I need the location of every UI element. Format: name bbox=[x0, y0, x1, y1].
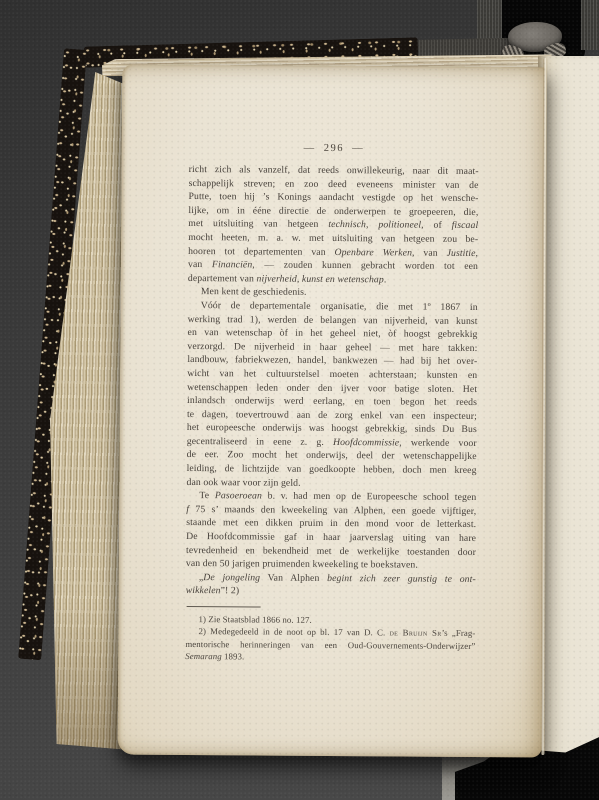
paragraph: Vóór de departementale organisatie, die … bbox=[186, 299, 477, 491]
text-run: , werkende voor bbox=[399, 437, 477, 449]
body-text: richt zich als vanzelf, dat reeds onwill… bbox=[186, 163, 479, 600]
text-run: lijke, om in ééne directie de onderwerpe… bbox=[188, 205, 478, 218]
text-run: wikkelen bbox=[186, 585, 221, 596]
text-run: fiscaal bbox=[452, 220, 479, 231]
text-run: wicht van het cultuurstelsel moeten acht… bbox=[187, 368, 477, 381]
text-run: te dagen, toevertrouwd aan de zorg enkel… bbox=[187, 409, 477, 422]
text-run: , bbox=[366, 220, 378, 231]
text-run: , van bbox=[412, 247, 447, 258]
text-run: , — zouden kunnen gebracht worden tot ee… bbox=[252, 260, 478, 273]
text-run: met uitsluiting van hetgeen bbox=[188, 218, 328, 230]
spine-cover-edge-right bbox=[581, 0, 599, 50]
text-run: , of bbox=[421, 220, 452, 231]
text-run: 75 s’ maands den kweekeling van Alphen, … bbox=[189, 504, 476, 517]
text-run: 2) Medegedeeld in de noot op bl. 17 van … bbox=[198, 626, 389, 637]
text-run: de eer. Zoo mocht het onderwijs, deel de… bbox=[187, 449, 477, 462]
text-run: mentorische herinneringen van een Oud-Go… bbox=[185, 639, 475, 651]
text-run: De Hoofdcommissie gaf in haar jaarversla… bbox=[186, 531, 476, 544]
text-line: wicht van het cultuurstelsel moeten acht… bbox=[187, 367, 477, 383]
text-run: 1893. bbox=[222, 651, 245, 661]
paragraph: 2) Medegedeeld in de noot op bl. 17 van … bbox=[185, 625, 475, 664]
text-run: Vóór de departementale organisatie, die … bbox=[201, 300, 478, 313]
text-line: wikkelen”! 2) bbox=[186, 584, 476, 600]
text-run: b. v. had men op de Europeesche school t… bbox=[262, 491, 477, 503]
text-run: begint zich zeer gunstig te ont- bbox=[327, 573, 476, 585]
text-line: Semarang 1893. bbox=[185, 650, 475, 664]
text-run: wetenschappen leden onder den ijver voor… bbox=[187, 381, 477, 394]
text-run: ’s „Frag- bbox=[442, 628, 476, 638]
text-run: staande met een dikken pruim in den mond… bbox=[186, 517, 476, 530]
text-run: hooren tot departementen van bbox=[188, 246, 334, 258]
text-run: Justitie bbox=[447, 247, 476, 258]
paragraph: richt zich als vanzelf, dat reeds onwill… bbox=[188, 163, 479, 287]
text-run: van den 50 jarigen pruimenden kweekeling… bbox=[186, 558, 418, 571]
text-run: van bbox=[188, 259, 212, 270]
paragraph: „De jongeling Van Alphen begint zich zee… bbox=[186, 571, 476, 600]
page-number: — 296 — bbox=[189, 141, 479, 156]
book-page: — 296 — richt zich als vanzelf, dat reed… bbox=[118, 65, 547, 758]
text-line: Vóór de departementale organisatie, die … bbox=[188, 299, 478, 315]
text-run: Pasoeroean bbox=[215, 490, 262, 501]
book-photograph-scene: — 296 — richt zich als vanzelf, dat reed… bbox=[0, 0, 599, 800]
text-run: Te bbox=[199, 490, 215, 501]
footnote-rule bbox=[187, 606, 261, 608]
text-run: ”! 2) bbox=[221, 586, 240, 597]
text-run: Van Alphen bbox=[260, 572, 327, 583]
text-run: politioneel bbox=[378, 220, 421, 231]
text-run: mocht heeten, m. a. w. met uitsluiting v… bbox=[188, 232, 478, 245]
page-content: — 296 — richt zich als vanzelf, dat reed… bbox=[118, 65, 546, 665]
text-run: technisch bbox=[328, 219, 366, 230]
text-run: richt zich als vanzelf, dat reeds onwill… bbox=[189, 164, 479, 177]
text-run: schappelijk streven; en zoo deed eveneen… bbox=[189, 178, 479, 191]
text-run: , bbox=[476, 248, 479, 259]
text-run: nijverheid, kunst en wetenschap bbox=[257, 273, 384, 285]
text-line: mocht heeten, m. a. w. met uitsluiting v… bbox=[188, 231, 478, 247]
text-run: De jongeling bbox=[203, 572, 260, 583]
text-run: verzorgd. De nijverheid in haar geheel —… bbox=[187, 341, 477, 354]
text-run: Putte, toen hij ’s Konings aandacht vest… bbox=[188, 191, 478, 204]
text-run: landbouw, fabriekwezen, handel, bankweze… bbox=[187, 354, 477, 367]
text-run: dan ook waar voor zijn geld. bbox=[186, 477, 300, 489]
text-run: Openbare Werken bbox=[334, 247, 412, 259]
text-run: leiding, de lichtzijde van goedkoopte he… bbox=[187, 463, 477, 476]
text-run: werking trad 1), werden de belangen van … bbox=[188, 314, 478, 327]
text-run: gecentraliseerd in eene z. g. bbox=[187, 436, 333, 448]
text-run: . bbox=[384, 274, 387, 285]
text-run: het europeesche onderwijs was hoogst geb… bbox=[187, 422, 477, 435]
text-run: Men kent de geschiedenis. bbox=[201, 286, 307, 298]
text-run: de Bruijn Sr bbox=[389, 628, 441, 638]
text-run: 1) Zie Staatsblad 1866 no. 127. bbox=[199, 614, 312, 625]
paragraph: Te Pasoeroean b. v. had men op de Europe… bbox=[186, 489, 477, 573]
footnotes: 1) Zie Staatsblad 1866 no. 127.2) Medege… bbox=[185, 613, 475, 664]
text-line: richt zich als vanzelf, dat reeds onwill… bbox=[189, 163, 479, 179]
text-run: Semarang bbox=[185, 651, 222, 661]
facing-page bbox=[538, 56, 599, 756]
text-run: Financiën bbox=[212, 259, 252, 270]
text-run: en van wetenschap òf in het geheel niet,… bbox=[188, 327, 478, 340]
text-run: Hoofdcommissie bbox=[333, 437, 399, 448]
text-run: inlandsch onderwijs werd eerlang, en toe… bbox=[187, 395, 477, 408]
text-run: tevredenheid en bekendheid met de werkel… bbox=[186, 545, 476, 558]
text-run: departement van bbox=[188, 273, 257, 284]
